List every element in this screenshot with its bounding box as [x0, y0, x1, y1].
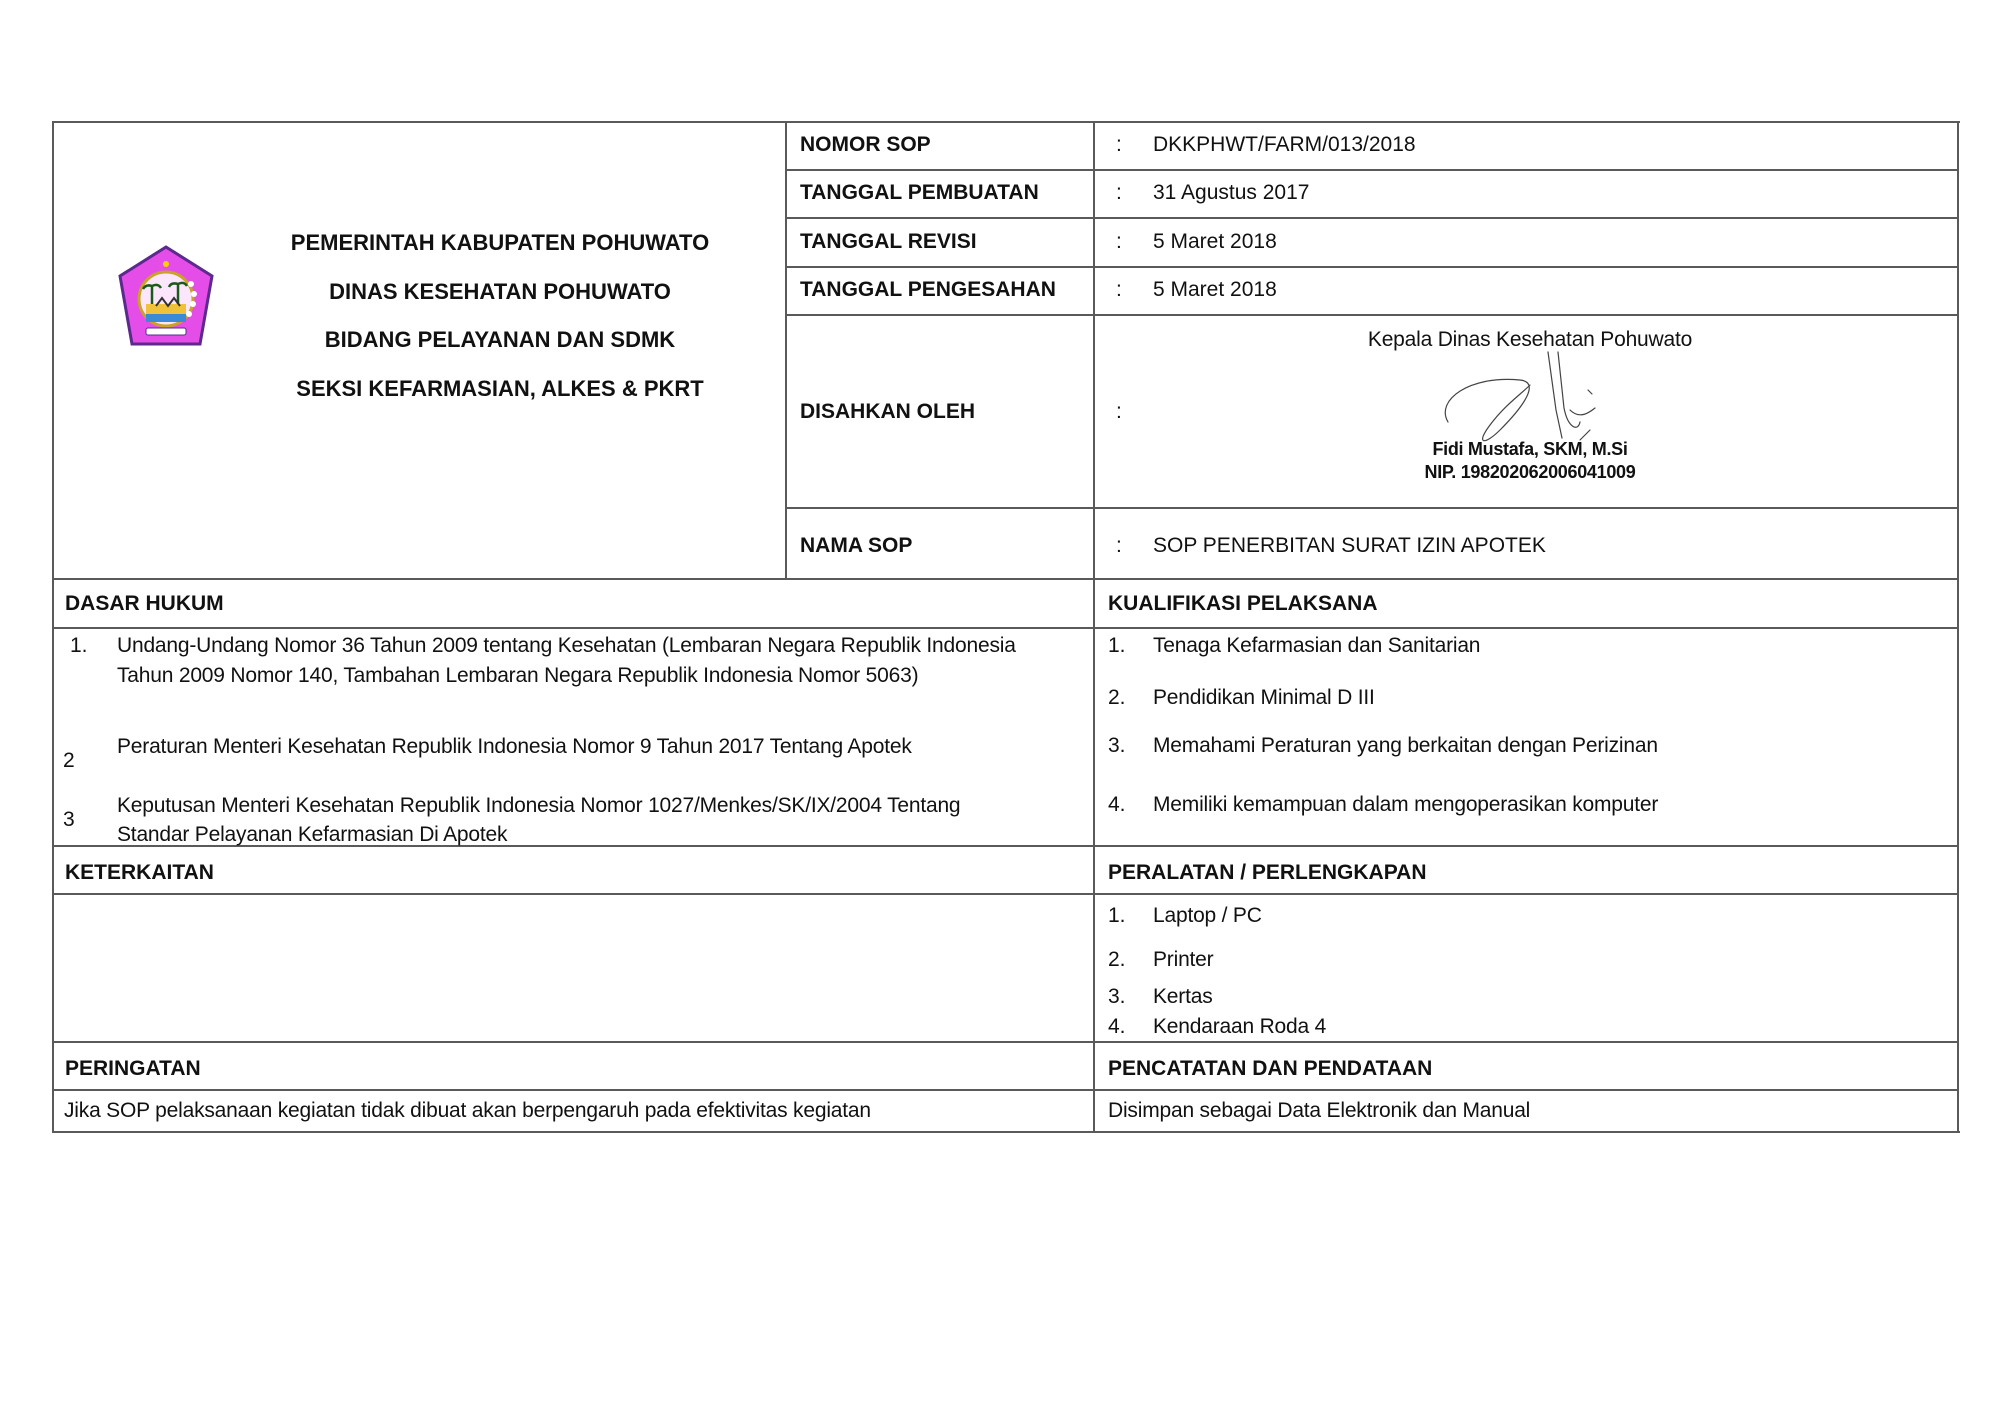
section-title-keterkaitan: KETERKAITAN [65, 861, 214, 885]
row-line [785, 169, 1958, 171]
section-title-peralatan: PERALATAN / PERLENGKAPAN [1108, 861, 1427, 885]
field-value-tanggal-pembuatan: 31 Agustus 2017 [1153, 181, 1309, 205]
row-line [52, 627, 1958, 629]
list-item-text: Undang-Undang Nomor 36 Tahun 2009 tentan… [117, 634, 1016, 658]
field-value-nama-sop: SOP PENERBITAN SURAT IZIN APOTEK [1153, 534, 1546, 558]
field-value-tanggal-pengesahan: 5 Maret 2018 [1153, 278, 1277, 302]
list-item-text: Tahun 2009 Nomor 140, Tambahan Lembaran … [117, 664, 918, 688]
list-item-number: 3. [1108, 734, 1126, 758]
list-item-number: 4. [1108, 793, 1126, 817]
list-item-number: 2. [1108, 686, 1126, 710]
list-item-text: Printer [1153, 948, 1213, 972]
list-item-number: 1. [1108, 634, 1126, 658]
org-title-line: PEMERINTAH KABUPATEN POHUWATO [230, 230, 770, 256]
field-label-tanggal-pembuatan: TANGGAL PEMBUATAN [800, 181, 1039, 205]
table-border-bottom [52, 1131, 1960, 1133]
row-line [52, 578, 1958, 580]
field-colon: : [1116, 181, 1122, 205]
pencatatan-text: Disimpan sebagai Data Elektronik dan Man… [1108, 1099, 1530, 1123]
field-label-disahkan-oleh: DISAHKAN OLEH [800, 400, 975, 424]
list-item-number: 4. [1108, 1015, 1126, 1039]
list-item-number: 1. [1108, 904, 1126, 928]
org-title-line: BIDANG PELAYANAN DAN SDMK [230, 327, 770, 353]
list-item-text: Memiliki kemampuan dalam mengoperasikan … [1153, 793, 1658, 817]
peringatan-text: Jika SOP pelaksanaan kegiatan tidak dibu… [64, 1099, 871, 1123]
field-colon: : [1116, 230, 1122, 254]
section-title-peringatan: PERINGATAN [65, 1057, 201, 1081]
list-item-number: 1. [70, 634, 88, 658]
row-line [785, 217, 1958, 219]
org-title-line: SEKSI KEFARMASIAN, ALKES & PKRT [230, 376, 770, 402]
row-line [52, 1089, 1958, 1091]
list-item-text: Memahami Peraturan yang berkaitan dengan… [1153, 734, 1658, 758]
field-colon: : [1116, 278, 1122, 302]
list-item-text: Standar Pelayanan Kefarmasian Di Apotek [117, 823, 507, 847]
field-label-tanggal-revisi: TANGGAL REVISI [800, 230, 977, 254]
list-item-text: Kendaraan Roda 4 [1153, 1015, 1326, 1039]
field-value-nomor-sop: DKKPHWT/FARM/013/2018 [1153, 133, 1416, 157]
row-line [52, 893, 1958, 895]
list-item-text: Peraturan Menteri Kesehatan Republik Ind… [117, 735, 912, 759]
list-item-text: Keputusan Menteri Kesehatan Republik Ind… [117, 794, 960, 818]
list-item-text: Kertas [1153, 985, 1213, 1009]
field-colon: : [1116, 534, 1122, 558]
list-item-text: Laptop / PC [1153, 904, 1262, 928]
row-line [785, 314, 1958, 316]
field-value-tanggal-revisi: 5 Maret 2018 [1153, 230, 1277, 254]
approver-name: Fidi Mustafa, SKM, M.Si [1300, 438, 1760, 460]
list-item-text: Pendidikan Minimal D III [1153, 686, 1375, 710]
section-title-kualifikasi: KUALIFIKASI PELAKSANA [1108, 592, 1378, 616]
table-border-top [52, 121, 1960, 123]
list-item-number: 3 [63, 808, 75, 832]
field-label-nama-sop: NAMA SOP [800, 534, 912, 558]
header-divider-label [785, 121, 787, 579]
list-item-number: 3. [1108, 985, 1126, 1009]
sop-document-page: PEMERINTAH KABUPATEN POHUWATO DINAS KESE… [0, 0, 2000, 1414]
list-item-number: 2. [1108, 948, 1126, 972]
field-colon: : [1116, 400, 1122, 424]
section-title-pencatatan: PENCATATAN DAN PENDATAAN [1108, 1057, 1432, 1081]
approver-position: Kepala Dinas Kesehatan Pohuwato [1300, 328, 1760, 352]
field-label-tanggal-pengesahan: TANGGAL PENGESAHAN [800, 278, 1056, 302]
pohuwato-emblem-icon [116, 244, 216, 350]
field-colon: : [1116, 133, 1122, 157]
row-line [52, 1041, 1958, 1043]
list-item-text: Tenaga Kefarmasian dan Sanitarian [1153, 634, 1480, 658]
row-line [785, 266, 1958, 268]
org-title-line: DINAS KESEHATAN POHUWATO [230, 279, 770, 305]
row-line [785, 507, 1958, 509]
approver-nip: NIP. 198202062006041009 [1300, 461, 1760, 483]
section-title-dasar-hukum: DASAR HUKUM [65, 592, 224, 616]
field-label-nomor-sop: NOMOR SOP [800, 133, 931, 157]
list-item-number: 2 [63, 749, 75, 773]
